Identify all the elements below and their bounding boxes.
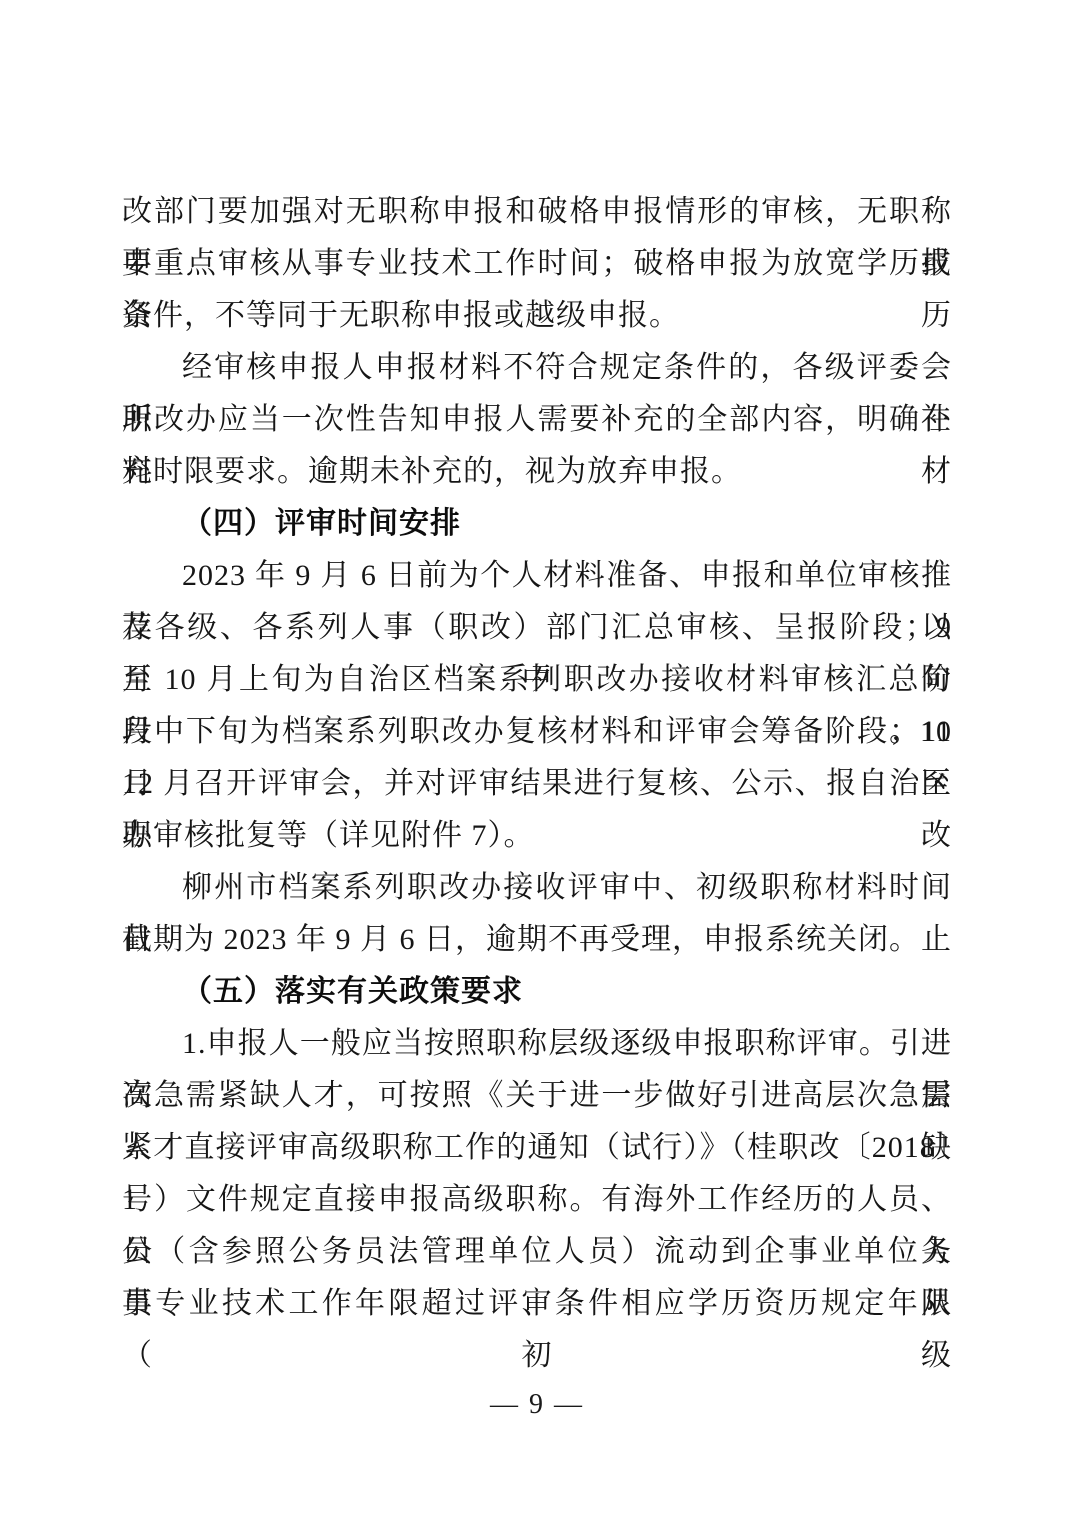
body-line: 员（含参照公务员法管理单位人员）流动到企事业单位人员、从	[122, 1226, 952, 1278]
body-line: 事专业技术工作年限超过评审条件相应学历资历规定年限（初级	[122, 1278, 952, 1330]
body-line: 号）文件规定直接申报高级职称。有海外工作经历的人员、公务	[122, 1174, 952, 1226]
body-line: 12 月召开评审会，并对评审结果进行复核、公示、报自治区职改	[122, 758, 952, 810]
body-line: 改部门要加强对无职称申报和破格申报情形的审核，无职称申报	[122, 186, 952, 238]
body-line: 日期为 2023 年 9 月 6 日，逾期不再受理，申报系统关闭。	[122, 914, 952, 966]
body-line: 及各级、各系列人事（职改）部门汇总审核、呈报阶段；9 月中旬	[122, 602, 952, 654]
body-line: 经审核申报人申报材料不符合规定条件的，各级评委会所在	[122, 342, 952, 394]
body-line: 至 10 月上旬为自治区档案系列职改办接收材料审核汇总阶段；10	[122, 654, 952, 706]
body-line: 1.申报人一般应当按照职称层级逐级申报职称评审。引进高层	[122, 1018, 952, 1070]
body-line: 次急需紧缺人才，可按照《关于进一步做好引进高层次急需紧缺	[122, 1070, 952, 1122]
body-line: 职改办应当一次性告知申报人需要补充的全部内容，明确补充材	[122, 394, 952, 446]
body-line: 2023 年 9 月 6 日前为个人材料准备、申报和单位审核推荐以	[122, 550, 952, 602]
page-number: — 9 —	[0, 1388, 1074, 1422]
document-body: 改部门要加强对无职称申报和破格申报情形的审核，无职称申报 要重点审核从事专业技术…	[122, 186, 952, 1330]
body-line: 柳州市档案系列职改办接收评审中、初级职称材料时间截止	[122, 862, 952, 914]
body-line: 人才直接评审高级职称工作的通知（试行）》（桂职改〔2018〕1	[122, 1122, 952, 1174]
section-heading-4: （四）评审时间安排	[122, 498, 952, 550]
body-line: 要重点审核从事专业技术工作时间；破格申报为放宽学历或资历	[122, 238, 952, 290]
document-page: 改部门要加强对无职称申报和破格申报情形的审核，无职称申报 要重点审核从事专业技术…	[0, 0, 1074, 1520]
body-line: 月中下旬为档案系列职改办复核材料和评审会筹备阶段。11 月至	[122, 706, 952, 758]
section-heading-5: （五）落实有关政策要求	[122, 966, 952, 1018]
